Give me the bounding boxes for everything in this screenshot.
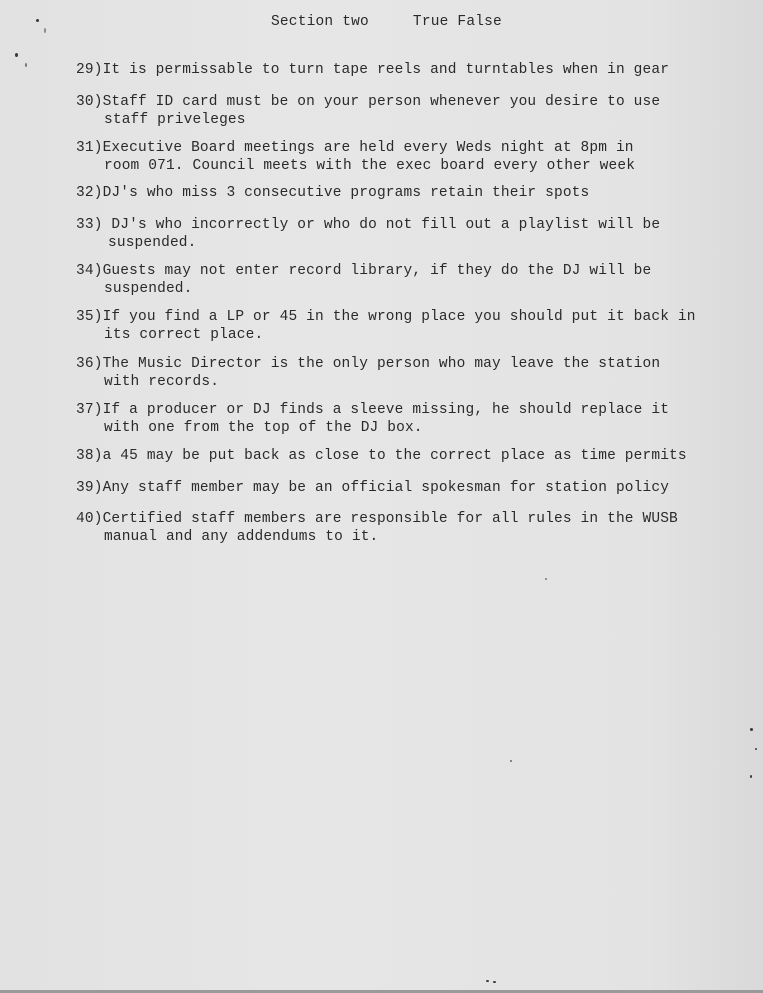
- question-37: 37)If a producer or DJ finds a sleeve mi…: [76, 401, 669, 437]
- question-text: Guests may not enter record library, if …: [103, 263, 652, 279]
- question-39: 39)Any staff member may be an official s…: [76, 479, 669, 497]
- page-header: Section twoTrue False: [271, 14, 502, 30]
- scan-speck: [750, 728, 753, 731]
- question-29: 29)It is permissable to turn tape reels …: [76, 61, 669, 79]
- question-text: The Music Director is the only person wh…: [103, 356, 661, 372]
- question-32: 32)DJ's who miss 3 consecutive programs …: [76, 184, 589, 202]
- question-number: 40): [76, 510, 103, 528]
- question-text: Executive Board meetings are held every …: [103, 140, 634, 156]
- question-38: 38)a 45 may be put back as close to the …: [76, 447, 687, 465]
- question-number: 36): [76, 355, 103, 373]
- question-35: 35)If you find a LP or 45 in the wrong p…: [76, 308, 696, 344]
- question-text-continued: manual and any addendums to it.: [76, 528, 678, 546]
- question-text: Staff ID card must be on your person whe…: [103, 94, 661, 110]
- question-36: 36)The Music Director is the only person…: [76, 355, 660, 391]
- scan-speck: [486, 980, 489, 982]
- scan-speck: [545, 578, 547, 580]
- question-number: 30): [76, 93, 103, 111]
- scan-speck: [750, 775, 752, 778]
- question-text: If you find a LP or 45 in the wrong plac…: [103, 309, 696, 325]
- question-text-continued: suspended.: [76, 234, 660, 252]
- section-title: Section two: [271, 14, 369, 30]
- scan-speck: [755, 748, 757, 750]
- question-text: If a producer or DJ finds a sleeve missi…: [103, 402, 670, 418]
- question-number: 35): [76, 308, 103, 326]
- question-number: 34): [76, 262, 103, 280]
- question-33: 33) DJ's who incorrectly or who do not f…: [76, 216, 660, 252]
- question-text: DJ's who miss 3 consecutive programs ret…: [103, 185, 590, 201]
- question-number: 29): [76, 61, 103, 79]
- question-34: 34)Guests may not enter record library, …: [76, 262, 651, 298]
- question-text: Certified staff members are responsible …: [103, 511, 678, 527]
- question-40: 40)Certified staff members are responsib…: [76, 510, 678, 546]
- question-31: 31)Executive Board meetings are held eve…: [76, 139, 635, 175]
- scan-speck: [493, 981, 496, 983]
- scan-speck: [15, 53, 18, 57]
- question-number: 38): [76, 447, 103, 465]
- question-number: 31): [76, 139, 103, 157]
- scanned-page: Section twoTrue False 29)It is permissab…: [0, 0, 763, 993]
- question-text: a 45 may be put back as close to the cor…: [103, 448, 687, 464]
- question-number: 37): [76, 401, 103, 419]
- question-text-continued: staff priveleges: [76, 111, 660, 129]
- scan-speck: [25, 63, 27, 67]
- question-text-continued: room 071. Council meets with the exec bo…: [76, 157, 635, 175]
- question-number: 39): [76, 479, 103, 497]
- scan-speck: [44, 28, 46, 33]
- scan-speck: [36, 19, 39, 22]
- question-text-continued: its correct place.: [76, 326, 696, 344]
- answer-options-label: True False: [413, 14, 502, 30]
- question-text-continued: with records.: [76, 373, 660, 391]
- question-text: Any staff member may be an official spok…: [103, 480, 670, 496]
- question-number: 33): [76, 216, 103, 234]
- question-30: 30)Staff ID card must be on your person …: [76, 93, 660, 129]
- question-text: DJ's who incorrectly or who do not fill …: [103, 217, 661, 233]
- question-text-continued: with one from the top of the DJ box.: [76, 419, 669, 437]
- question-text-continued: suspended.: [76, 280, 651, 298]
- question-text: It is permissable to turn tape reels and…: [103, 62, 670, 78]
- scan-speck: [510, 760, 512, 762]
- question-number: 32): [76, 184, 103, 202]
